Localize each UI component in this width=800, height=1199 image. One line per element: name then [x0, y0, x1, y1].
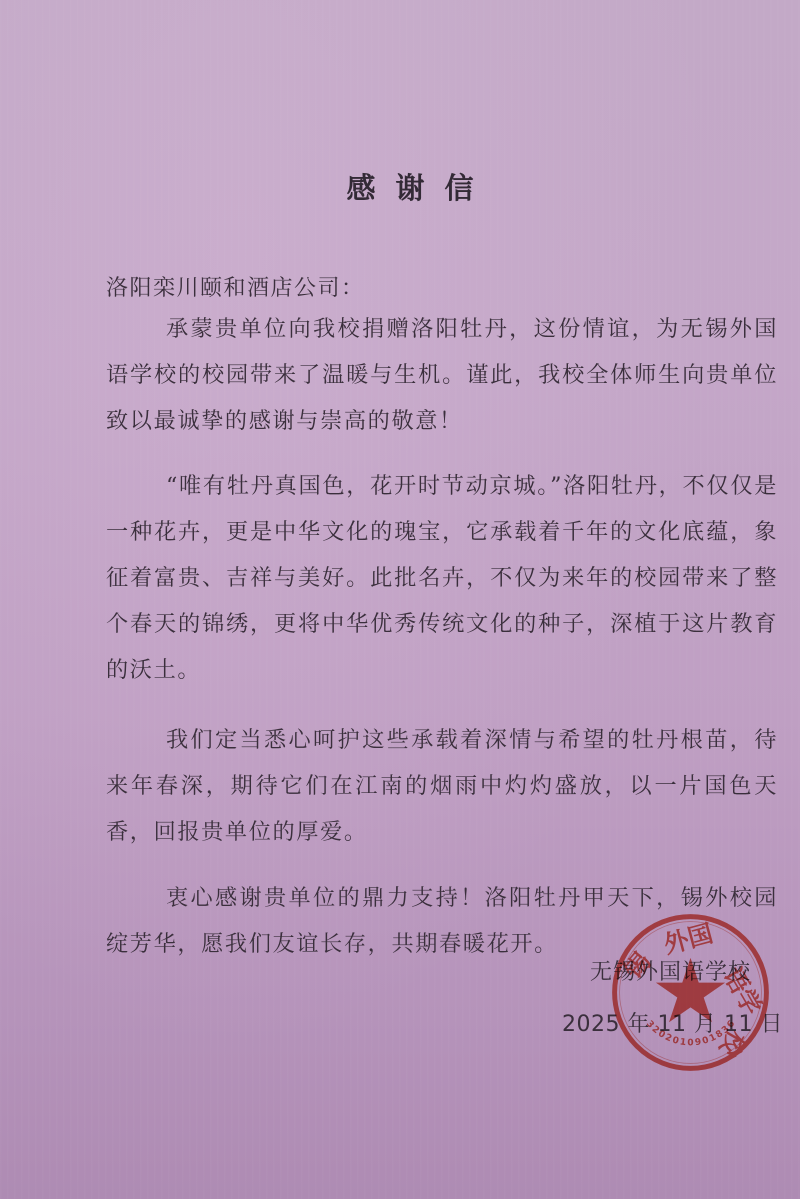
- seal-chars-right: 语学: [718, 963, 768, 1021]
- letter-salutation: 洛阳栾川颐和酒店公司：: [106, 271, 365, 302]
- paragraph-peony-culture: “唯有牡丹真国色，花开时节动京城。”洛阳牡丹，不仅仅是一种花卉，更是中华文化的瑰…: [106, 463, 778, 693]
- paragraph-promise: 我们定当悉心呵护这些承载着深情与希望的牡丹根苗，待来年春深，期待它们在江南的烟雨…: [106, 717, 778, 855]
- official-seal-icon: 锡 外国 语学 校 3202010901836: [608, 910, 773, 1075]
- letter-body: 承蒙贵单位向我校捐赠洛阳牡丹，这份情谊，为无锡外国语学校的校园带来了温暖与生机。…: [106, 306, 778, 983]
- letter-title: 感谢信: [0, 166, 800, 207]
- paragraph-gratitude: 承蒙贵单位向我校捐赠洛阳牡丹，这份情谊，为无锡外国语学校的校园带来了温暖与生机。…: [106, 306, 778, 444]
- thank-you-letter: 感谢信 洛阳栾川颐和酒店公司： 承蒙贵单位向我校捐赠洛阳牡丹，这份情谊，为无锡外…: [0, 0, 800, 1199]
